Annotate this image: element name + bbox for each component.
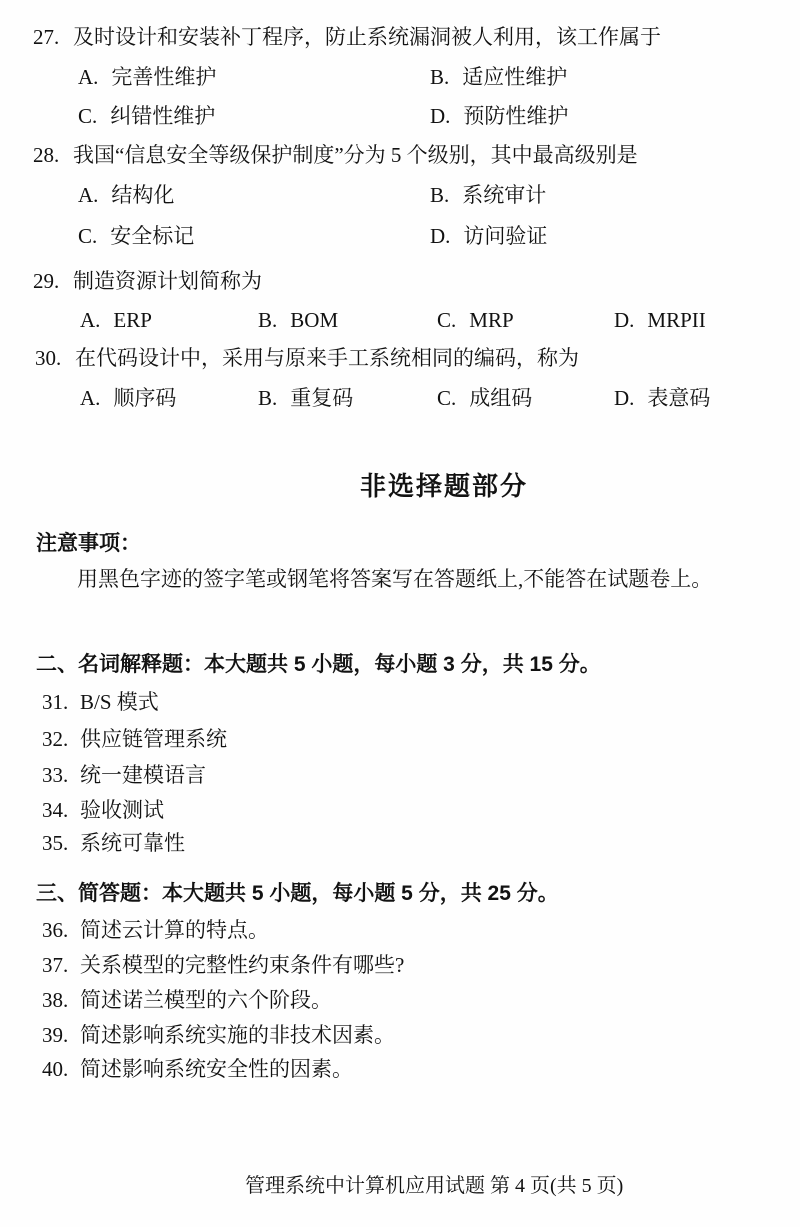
item-31: 31.B/S 模式	[42, 689, 159, 715]
option-text: 重复码	[290, 386, 353, 410]
item-number: 32.	[42, 726, 80, 752]
item-number: 35.	[42, 830, 80, 856]
question-30-option-c: C.成组码	[437, 385, 532, 411]
option-label: D.	[614, 308, 634, 332]
question-28-number: 28.	[33, 142, 73, 168]
item-text: 简述影响系统安全性的因素。	[80, 1057, 353, 1081]
option-label: A.	[80, 308, 100, 332]
item-text: 供应链管理系统	[80, 727, 227, 751]
question-29-number: 29.	[33, 268, 73, 294]
section-title: 非选择题部分	[360, 466, 528, 503]
question-29-stem: 29.制造资源计划简称为	[33, 268, 262, 294]
option-label: B.	[430, 183, 449, 207]
notice-label: 注意事项：	[36, 531, 141, 557]
item-37: 37.关系模型的完整性约束条件有哪些?	[42, 952, 404, 978]
option-text: 访问验证	[463, 224, 547, 248]
option-text: 表意码	[647, 386, 710, 410]
exam-page: 27.及时设计和安装补丁程序，防止系统漏洞被人利用，该工作属于 A.完善性维护 …	[0, 0, 800, 1227]
option-label: C.	[437, 308, 456, 332]
item-number: 39.	[42, 1022, 80, 1048]
question-30-option-a: A.顺序码	[80, 385, 176, 411]
option-text: 结构化	[111, 183, 174, 207]
question-27-stem: 27.及时设计和安装补丁程序，防止系统漏洞被人利用，该工作属于	[33, 24, 661, 50]
option-text: 顺序码	[113, 386, 176, 410]
question-27-text: 及时设计和安装补丁程序，防止系统漏洞被人利用，该工作属于	[73, 25, 661, 49]
item-text: 系统可靠性	[80, 831, 185, 855]
item-text: B/S 模式	[80, 690, 159, 714]
question-28-text: 我国“信息安全等级保护制度”分为 5 个级别，其中最高级别是	[73, 143, 638, 167]
item-number: 33.	[42, 762, 80, 788]
question-29-option-c: C.MRP	[437, 307, 514, 333]
item-text: 简述影响系统实施的非技术因素。	[80, 1023, 395, 1047]
option-label: A.	[80, 386, 100, 410]
question-27-number: 27.	[33, 24, 73, 50]
option-text: BOM	[290, 308, 338, 332]
option-label: D.	[430, 104, 450, 128]
option-text: 纠错性维护	[110, 104, 215, 128]
item-32: 32.供应链管理系统	[42, 726, 227, 752]
item-35: 35.系统可靠性	[42, 830, 185, 856]
question-27-option-b: B.适应性维护	[430, 64, 567, 90]
question-28-option-c: C.安全标记	[78, 223, 194, 249]
option-label: B.	[258, 386, 277, 410]
question-29-option-b: B.BOM	[258, 307, 338, 333]
notice-text: 用黑色字迹的签字笔或钢笔将答案写在答题纸上,不能答在试题卷上。	[77, 566, 712, 592]
question-30-stem: 30.在代码设计中，采用与原来手工系统相同的编码，称为	[35, 345, 579, 371]
question-30-option-d: D.表意码	[614, 385, 710, 411]
question-29-option-d: D.MRPII	[614, 307, 706, 333]
item-text: 验收测试	[80, 798, 164, 822]
part3-heading: 三、简答题：本大题共 5 小题，每小题 5 分，共 25 分。	[36, 881, 559, 907]
question-27-option-d: D.预防性维护	[430, 103, 568, 129]
question-30-option-b: B.重复码	[258, 385, 353, 411]
item-text: 关系模型的完整性约束条件有哪些?	[80, 953, 404, 977]
item-number: 37.	[42, 952, 80, 978]
item-36: 36.简述云计算的特点。	[42, 917, 269, 943]
option-text: ERP	[113, 308, 152, 332]
question-28-option-a: A.结构化	[78, 182, 174, 208]
option-label: C.	[78, 224, 97, 248]
question-30-text: 在代码设计中，采用与原来手工系统相同的编码，称为	[75, 346, 579, 370]
question-27-option-a: A.完善性维护	[78, 64, 216, 90]
option-label: B.	[430, 65, 449, 89]
question-28-stem: 28.我国“信息安全等级保护制度”分为 5 个级别，其中最高级别是	[33, 142, 638, 168]
option-text: 完善性维护	[111, 65, 216, 89]
item-number: 34.	[42, 797, 80, 823]
item-text: 简述云计算的特点。	[80, 918, 269, 942]
item-number: 31.	[42, 689, 80, 715]
item-number: 38.	[42, 987, 80, 1013]
item-33: 33.统一建模语言	[42, 762, 206, 788]
item-text: 简述诺兰模型的六个阶段。	[80, 988, 332, 1012]
part2-heading: 二、名词解释题：本大题共 5 小题，每小题 3 分，共 15 分。	[36, 652, 601, 678]
option-label: D.	[614, 386, 634, 410]
option-text: 成组码	[469, 386, 532, 410]
option-text: 系统审计	[462, 183, 546, 207]
option-text: MRPII	[647, 308, 705, 332]
page-footer: 管理系统中计算机应用试题 第 4 页(共 5 页)	[245, 1169, 623, 1198]
option-text: 安全标记	[110, 224, 194, 248]
question-28-option-d: D.访问验证	[430, 223, 547, 249]
question-30-number: 30.	[35, 345, 75, 371]
item-text: 统一建模语言	[80, 763, 206, 787]
option-label: C.	[78, 104, 97, 128]
option-text: MRP	[469, 308, 513, 332]
question-28-option-b: B.系统审计	[430, 182, 546, 208]
question-29-option-a: A.ERP	[80, 307, 152, 333]
item-40: 40.简述影响系统安全性的因素。	[42, 1056, 353, 1082]
item-number: 36.	[42, 917, 80, 943]
option-label: D.	[430, 224, 450, 248]
item-number: 40.	[42, 1056, 80, 1082]
option-label: B.	[258, 308, 277, 332]
option-label: C.	[437, 386, 456, 410]
option-text: 适应性维护	[462, 65, 567, 89]
question-29-text: 制造资源计划简称为	[73, 269, 262, 293]
item-34: 34.验收测试	[42, 797, 164, 823]
item-39: 39.简述影响系统实施的非技术因素。	[42, 1022, 395, 1048]
option-label: A.	[78, 183, 98, 207]
question-27-option-c: C.纠错性维护	[78, 103, 215, 129]
option-text: 预防性维护	[463, 104, 568, 128]
item-38: 38.简述诺兰模型的六个阶段。	[42, 987, 332, 1013]
option-label: A.	[78, 65, 98, 89]
